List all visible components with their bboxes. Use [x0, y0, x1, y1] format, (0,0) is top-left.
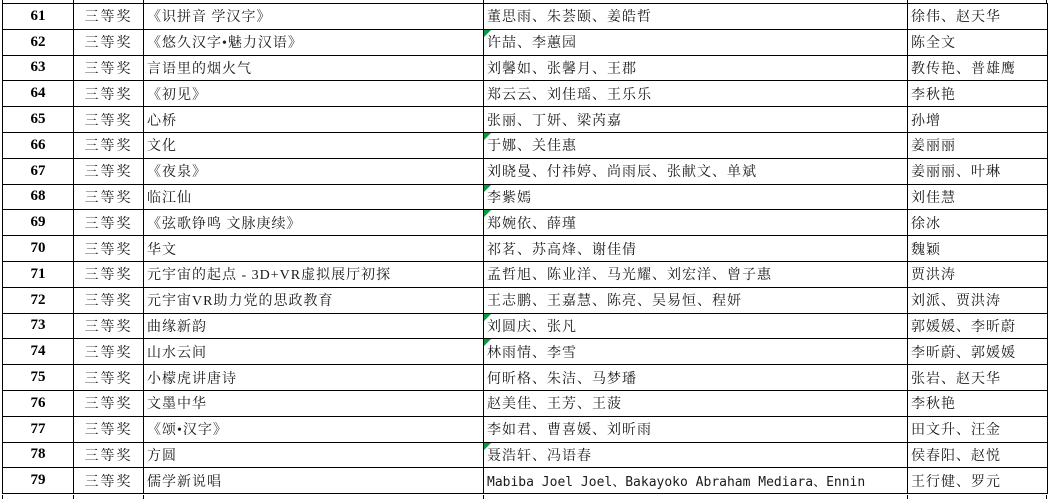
cell-advisors[interactable]: 李昕蔚、郭媛媛 — [908, 339, 1048, 365]
cell-award-level[interactable]: 三等奖 — [74, 390, 144, 416]
table-row: 74 三等奖 山水云间 林雨情、李雪 李昕蔚、郭媛媛 — [3, 339, 1048, 365]
cell-advisors[interactable]: 孙增 — [908, 107, 1048, 133]
cell-participants[interactable]: 林雨情、李雪 — [484, 339, 908, 365]
cell-participants[interactable]: 李如君、曹喜媛、刘昕雨 — [484, 416, 908, 442]
cell-participants[interactable]: 王志鹏、王嘉慧、陈亮、吴易恒、程妍 — [484, 287, 908, 313]
table-row: 71 三等奖 元宇宙的起点 - 3D+VR虚拟展厅初探 孟哲旭、陈业洋、马光耀、… — [3, 261, 1048, 287]
grid-line — [2, 495, 3, 499]
table-row: 63 三等奖 言语里的烟火气 刘馨如、张馨月、王郡 教传艳、普雄鹰 — [3, 55, 1048, 81]
table-row: 65 三等奖 心桥 张丽、丁妍、梁芮嘉 孙增 — [3, 107, 1048, 133]
cell-advisors[interactable]: 贾洪涛 — [908, 261, 1048, 287]
cell-award-level[interactable]: 三等奖 — [74, 313, 144, 339]
table-row: 64 三等奖 《初见》 郑云云、刘佳瑶、王乐乐 李秋艳 — [3, 81, 1048, 107]
cell-work-title[interactable]: 小檬虎讲唐诗 — [144, 365, 484, 391]
cell-advisors[interactable]: 李秋艳 — [908, 390, 1048, 416]
table-row: 78 三等奖 方圆 聂浩轩、冯语春 侯春阳、赵悦 — [3, 442, 1048, 468]
table-row: 61 三等奖 《识拼音 学汉字》 董思雨、朱荟颐、姜皓哲 徐伟、赵天华 — [3, 4, 1048, 30]
cell-award-level[interactable]: 三等奖 — [74, 184, 144, 210]
table-row: 70 三等奖 华文 祁茗、苏高烽、谢佳倩 魏颖 — [3, 236, 1048, 262]
cell-advisors[interactable]: 张岩、赵天华 — [908, 365, 1048, 391]
cell-row-number[interactable]: 73 — [3, 313, 74, 339]
cell-row-number[interactable]: 68 — [3, 184, 74, 210]
cell-award-level[interactable]: 三等奖 — [74, 468, 144, 494]
awards-table: 61 三等奖 《识拼音 学汉字》 董思雨、朱荟颐、姜皓哲 徐伟、赵天华 62 三… — [2, 3, 1048, 494]
cell-row-number[interactable]: 76 — [3, 390, 74, 416]
cell-award-level[interactable]: 三等奖 — [74, 416, 144, 442]
cell-participants[interactable]: Mabiba Joel Joel、Bakayoko Abraham Mediar… — [484, 468, 908, 494]
cell-participants[interactable]: 聂浩轩、冯语春 — [484, 442, 908, 468]
cell-advisors[interactable]: 田文升、汪金 — [908, 416, 1048, 442]
cell-row-number[interactable]: 70 — [3, 236, 74, 262]
cell-advisors[interactable]: 姜丽丽 — [908, 132, 1048, 158]
awards-table-body: 61 三等奖 《识拼音 学汉字》 董思雨、朱荟颐、姜皓哲 徐伟、赵天华 62 三… — [3, 4, 1048, 494]
cell-row-number[interactable]: 61 — [3, 4, 74, 30]
cell-work-title[interactable]: 《夜泉》 — [144, 158, 484, 184]
cell-work-title[interactable]: 《悠久汉字•魅力汉语》 — [144, 29, 484, 55]
cell-row-number[interactable]: 78 — [3, 442, 74, 468]
cell-participants[interactable]: 祁茗、苏高烽、谢佳倩 — [484, 236, 908, 262]
cell-participants[interactable]: 李紫嫣 — [484, 184, 908, 210]
cell-work-title[interactable]: 元宇宙VR助力党的思政教育 — [144, 287, 484, 313]
cell-work-title[interactable]: 文化 — [144, 132, 484, 158]
cell-advisors[interactable]: 郭媛媛、李昕蔚 — [908, 313, 1048, 339]
cell-row-number[interactable]: 71 — [3, 261, 74, 287]
cell-row-number[interactable]: 75 — [3, 365, 74, 391]
cell-advisors[interactable]: 刘佳慧 — [908, 184, 1048, 210]
table-row: 69 三等奖 《弦歌铮鸣 文脉庚续》 郑婉依、薛瑾 徐冰 — [3, 210, 1048, 236]
cell-row-number[interactable]: 62 — [3, 29, 74, 55]
cell-row-number[interactable]: 79 — [3, 468, 74, 494]
cell-participants[interactable]: 郑云云、刘佳瑶、王乐乐 — [484, 81, 908, 107]
table-row: 79 三等奖 儒学新说唱 Mabiba Joel Joel、Bakayoko A… — [3, 468, 1048, 494]
cell-advisors[interactable]: 姜丽丽、叶琳 — [908, 158, 1048, 184]
table-row: 75 三等奖 小檬虎讲唐诗 何昕格、朱洁、马梦璠 张岩、赵天华 — [3, 365, 1048, 391]
cell-participants[interactable]: 何昕格、朱洁、马梦璠 — [484, 365, 908, 391]
cell-advisors[interactable]: 徐冰 — [908, 210, 1048, 236]
grid-line — [73, 495, 74, 499]
cell-work-title[interactable]: 元宇宙的起点 - 3D+VR虚拟展厅初探 — [144, 261, 484, 287]
cell-row-number[interactable]: 72 — [3, 287, 74, 313]
cell-work-title[interactable]: 心桥 — [144, 107, 484, 133]
cell-work-title[interactable]: 方圆 — [144, 442, 484, 468]
cell-advisors[interactable]: 陈全文 — [908, 29, 1048, 55]
cell-row-number[interactable]: 74 — [3, 339, 74, 365]
cell-participants[interactable]: 刘馨如、张馨月、王郡 — [484, 55, 908, 81]
cell-award-level[interactable]: 三等奖 — [74, 210, 144, 236]
cell-row-number[interactable]: 64 — [3, 81, 74, 107]
cell-award-level[interactable]: 三等奖 — [74, 236, 144, 262]
table-row: 68 三等奖 临江仙 李紫嫣 刘佳慧 — [3, 184, 1048, 210]
cell-award-level[interactable]: 三等奖 — [74, 365, 144, 391]
table-row: 76 三等奖 文墨中华 赵美佳、王芳、王菠 李秋艳 — [3, 390, 1048, 416]
cell-work-title[interactable]: 《初见》 — [144, 81, 484, 107]
cell-row-number[interactable]: 63 — [3, 55, 74, 81]
table-row: 73 三等奖 曲缘新韵 刘圆庆、张凡 郭媛媛、李昕蔚 — [3, 313, 1048, 339]
table-row: 67 三等奖 《夜泉》 刘晓曼、付祎婷、尚雨辰、张献文、单斌 姜丽丽、叶琳 — [3, 158, 1048, 184]
spreadsheet-awards-view: 61 三等奖 《识拼音 学汉字》 董思雨、朱荟颐、姜皓哲 徐伟、赵天华 62 三… — [0, 0, 1055, 499]
grid-line — [907, 495, 908, 499]
cell-participants[interactable]: 于娜、关佳惠 — [484, 132, 908, 158]
cell-work-title[interactable]: 言语里的烟火气 — [144, 55, 484, 81]
cell-row-number[interactable]: 67 — [3, 158, 74, 184]
cell-advisors[interactable]: 王行健、罗元 — [908, 468, 1048, 494]
cell-row-number[interactable]: 65 — [3, 107, 74, 133]
cell-work-title[interactable]: 《识拼音 学汉字》 — [144, 4, 484, 30]
cell-work-title[interactable]: 曲缘新韵 — [144, 313, 484, 339]
cell-advisors[interactable]: 刘派、贾洪涛 — [908, 287, 1048, 313]
cell-work-title[interactable]: 临江仙 — [144, 184, 484, 210]
cell-advisors[interactable]: 侯春阳、赵悦 — [908, 442, 1048, 468]
grid-line — [483, 495, 484, 499]
grid-line — [143, 495, 144, 499]
cell-award-level[interactable]: 三等奖 — [74, 29, 144, 55]
cell-participants[interactable]: 张丽、丁妍、梁芮嘉 — [484, 107, 908, 133]
cell-award-level[interactable]: 三等奖 — [74, 55, 144, 81]
cell-participants[interactable]: 孟哲旭、陈业洋、马光耀、刘宏洋、曾子惠 — [484, 261, 908, 287]
cell-advisors[interactable]: 徐伟、赵天华 — [908, 4, 1048, 30]
cell-participants[interactable]: 刘圆庆、张凡 — [484, 313, 908, 339]
cell-row-number[interactable]: 66 — [3, 132, 74, 158]
cell-work-title[interactable]: 山水云间 — [144, 339, 484, 365]
cell-award-level[interactable]: 三等奖 — [74, 4, 144, 30]
cell-award-level[interactable]: 三等奖 — [74, 132, 144, 158]
cell-row-number[interactable]: 77 — [3, 416, 74, 442]
table-row: 72 三等奖 元宇宙VR助力党的思政教育 王志鹏、王嘉慧、陈亮、吴易恒、程妍 刘… — [3, 287, 1048, 313]
cell-award-level[interactable]: 三等奖 — [74, 442, 144, 468]
cell-work-title[interactable]: 《颂•汉字》 — [144, 416, 484, 442]
cell-participants[interactable]: 董思雨、朱荟颐、姜皓哲 — [484, 4, 908, 30]
cell-participants[interactable]: 刘晓曼、付祎婷、尚雨辰、张献文、单斌 — [484, 158, 908, 184]
cell-participants[interactable]: 赵美佳、王芳、王菠 — [484, 390, 908, 416]
grid-line — [1046, 495, 1047, 499]
cell-award-level[interactable]: 三等奖 — [74, 81, 144, 107]
cell-work-title[interactable]: 《弦歌铮鸣 文脉庚续》 — [144, 210, 484, 236]
cell-work-title[interactable]: 华文 — [144, 236, 484, 262]
cell-advisors[interactable]: 教传艳、普雄鹰 — [908, 55, 1048, 81]
cell-award-level[interactable]: 三等奖 — [74, 339, 144, 365]
table-row: 77 三等奖 《颂•汉字》 李如君、曹喜媛、刘昕雨 田文升、汪金 — [3, 416, 1048, 442]
cell-participants[interactable]: 郑婉依、薛瑾 — [484, 210, 908, 236]
cell-award-level[interactable]: 三等奖 — [74, 287, 144, 313]
cell-advisors[interactable]: 李秋艳 — [908, 81, 1048, 107]
cell-award-level[interactable]: 三等奖 — [74, 158, 144, 184]
table-row: 66 三等奖 文化 于娜、关佳惠 姜丽丽 — [3, 132, 1048, 158]
cell-row-number[interactable]: 69 — [3, 210, 74, 236]
cell-work-title[interactable]: 文墨中华 — [144, 390, 484, 416]
cell-advisors[interactable]: 魏颖 — [908, 236, 1048, 262]
cell-award-level[interactable]: 三等奖 — [74, 261, 144, 287]
table-row: 62 三等奖 《悠久汉字•魅力汉语》 许喆、李蕙园 陈全文 — [3, 29, 1048, 55]
cell-award-level[interactable]: 三等奖 — [74, 107, 144, 133]
cell-participants[interactable]: 许喆、李蕙园 — [484, 29, 908, 55]
cell-work-title[interactable]: 儒学新说唱 — [144, 468, 484, 494]
